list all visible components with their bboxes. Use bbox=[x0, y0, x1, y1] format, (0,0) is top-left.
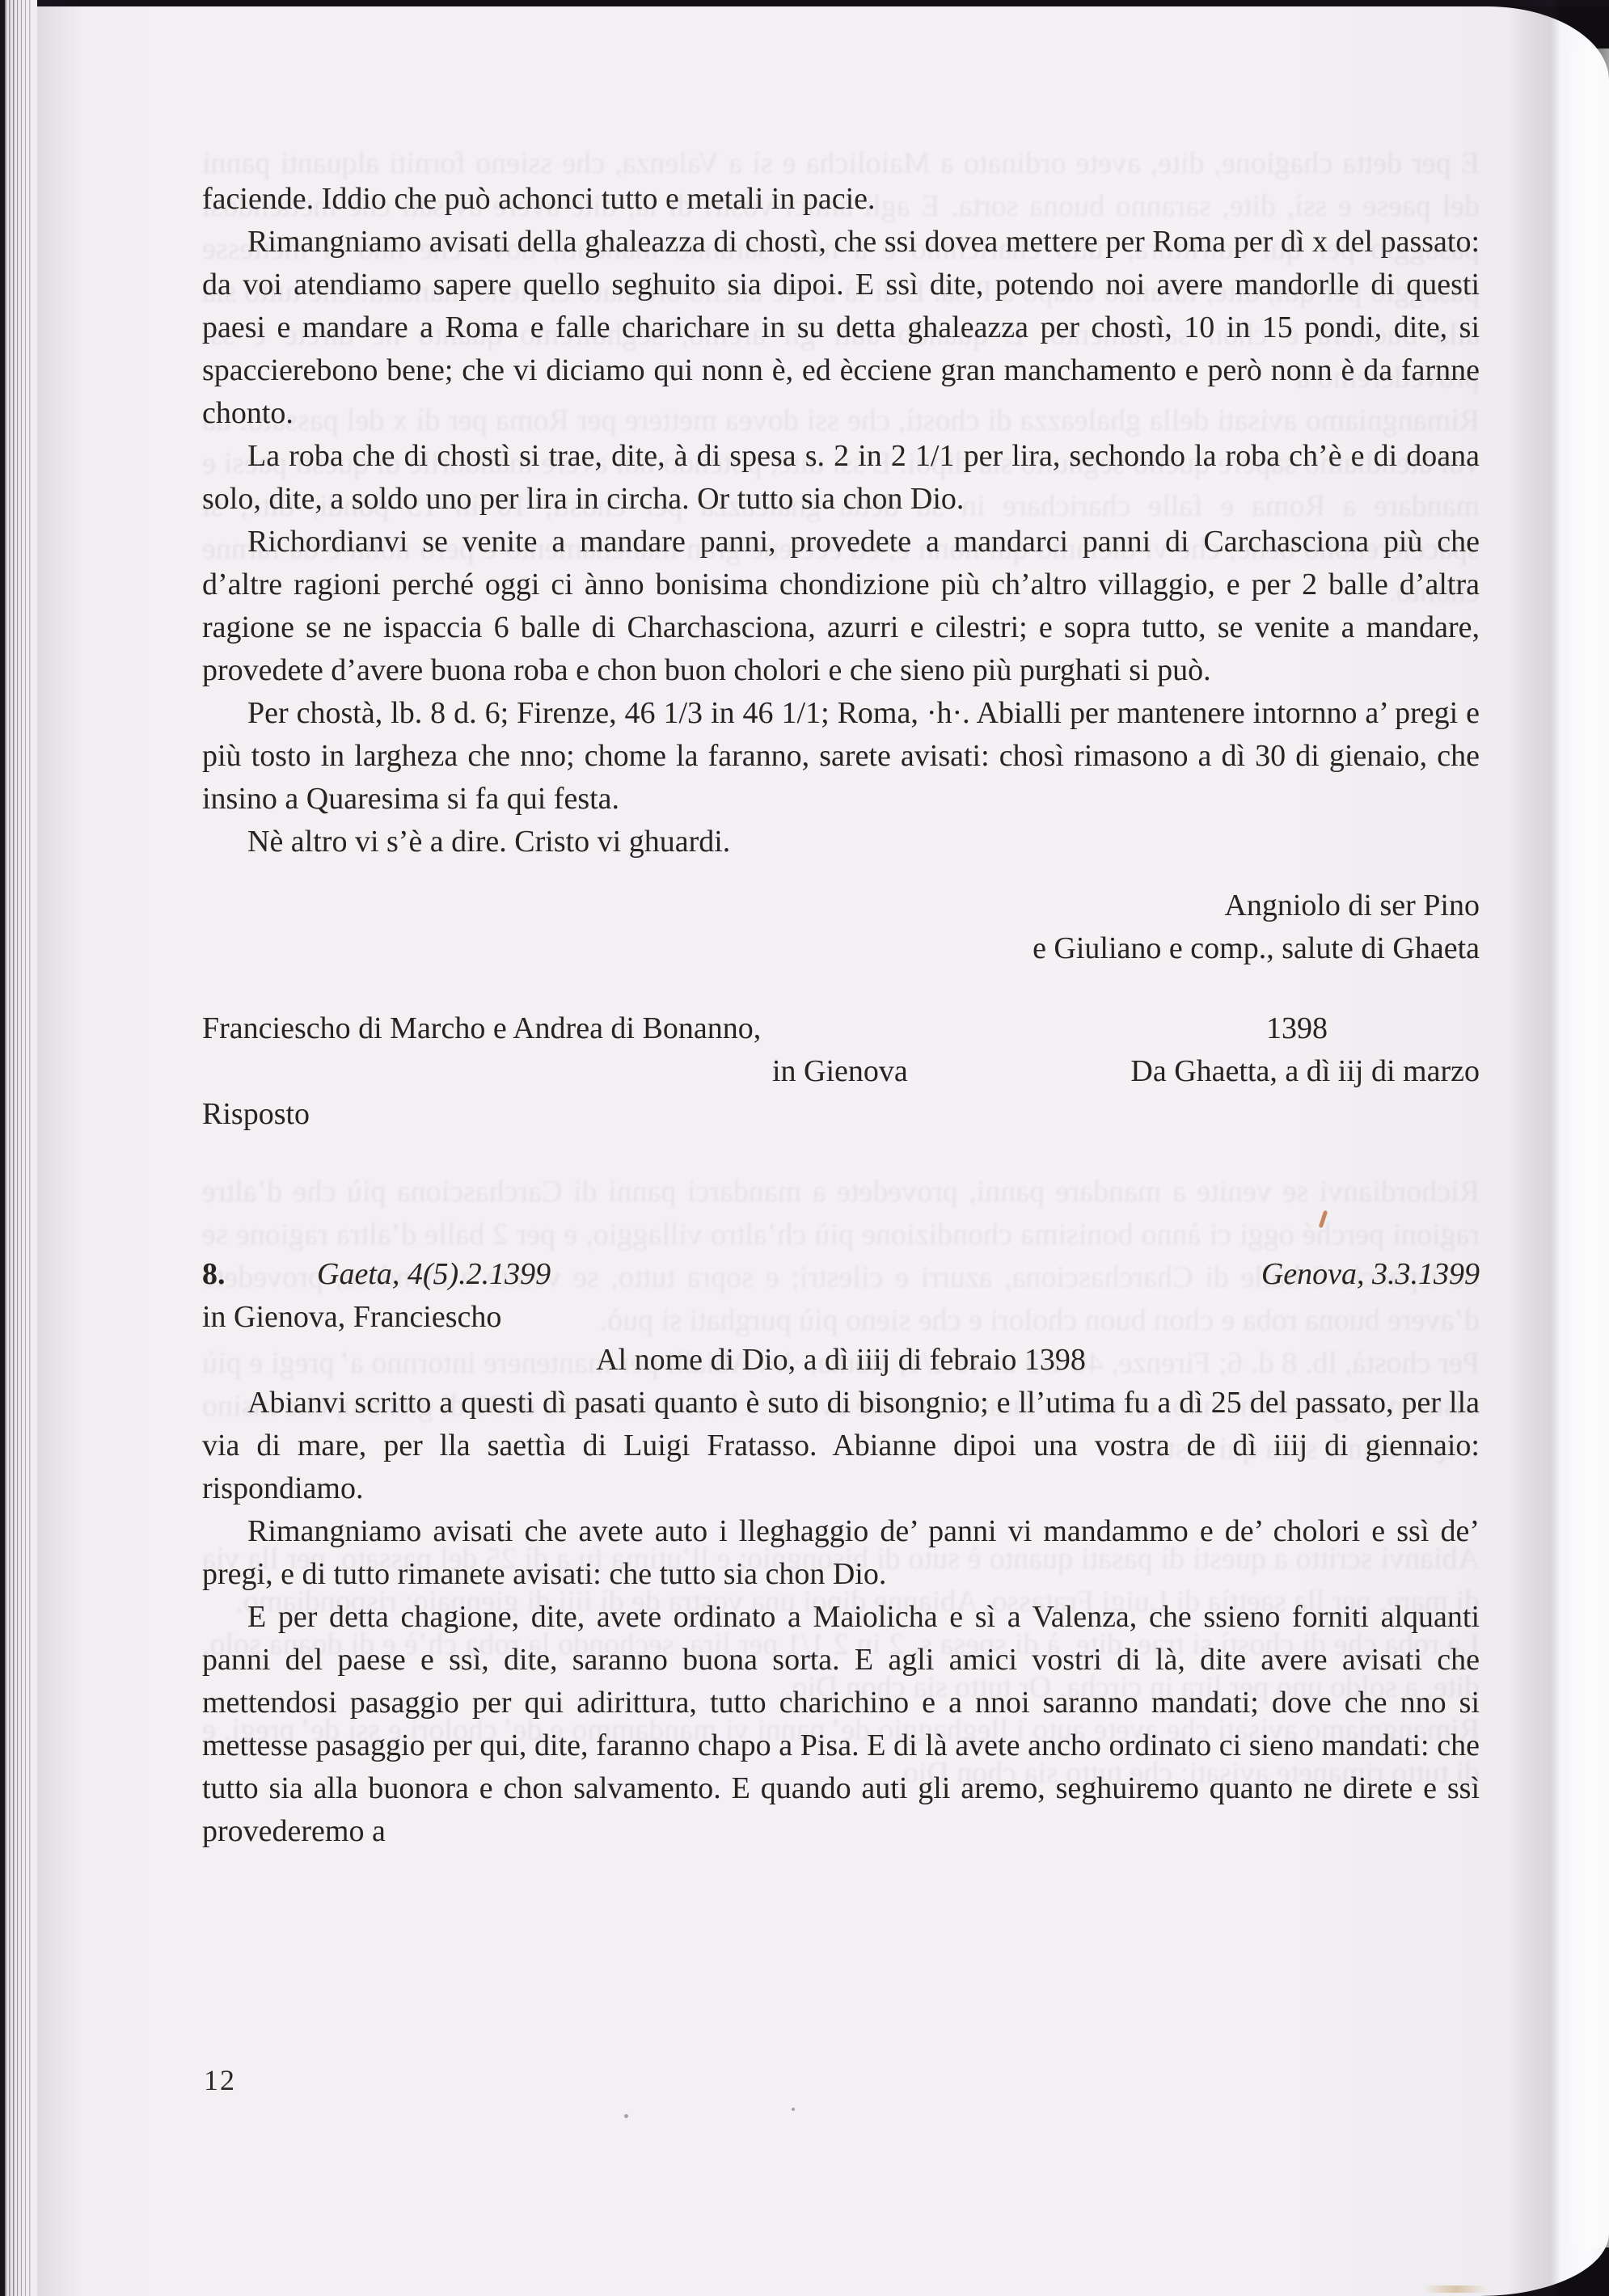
letter8-addressee: in Gienova, Franciescho bbox=[202, 1296, 1480, 1339]
address-recipient: Franciescho di Marcho e Andrea di Bonann… bbox=[202, 1007, 761, 1050]
address-note: Risposto bbox=[202, 1093, 310, 1136]
address-place: in Gienova bbox=[772, 1050, 908, 1093]
gutter-fold-shadow bbox=[1507, 0, 1560, 2296]
binding-shadow bbox=[37, 0, 86, 2296]
next-page-fore-edge bbox=[1562, 49, 1609, 2247]
text-column: faciende. Iddio che può achonci tutto e … bbox=[202, 178, 1480, 1853]
scan-speck bbox=[624, 2114, 628, 2118]
letter7-paragraph: Per chostà, lb. 8 d. 6; Firenze, 46 1/3 … bbox=[202, 692, 1480, 821]
signature-line: e Giuliano e comp., salute di Ghaeta bbox=[202, 927, 1480, 970]
letter8-paragraph: Rimangniamo avisati che avete auto i lle… bbox=[202, 1510, 1480, 1596]
book-top-edge bbox=[37, 0, 1609, 6]
section-heading: 8. Gaeta, 4(5).2.1399 Genova, 3.3.1399 bbox=[202, 1253, 1480, 1296]
address-row: Risposto bbox=[202, 1093, 1480, 1136]
address-row: Franciescho di Marcho e Andrea di Bonann… bbox=[202, 1007, 1480, 1050]
signature-block: Angniolo di ser Pino e Giuliano e comp.,… bbox=[202, 884, 1480, 970]
scan-speck bbox=[792, 2108, 795, 2111]
address-row: in Gienova Da Ghaetta, a dì iij di marzo bbox=[202, 1050, 1480, 1093]
letter7-paragraph: Richordianvi se venite a mandare panni, … bbox=[202, 521, 1480, 692]
letter8-dateline: Al nome di Dio, a dì iiij di febraio 139… bbox=[202, 1339, 1480, 1382]
address-block: Franciescho di Marcho e Andrea di Bonann… bbox=[202, 1007, 1480, 1136]
heading-destination-date: Genova, 3.3.1399 bbox=[1261, 1253, 1480, 1296]
page-number: 12 bbox=[204, 2063, 236, 2097]
letter7-paragraph: La roba che di chostì si trae, dite, à d… bbox=[202, 435, 1480, 521]
letter7-paragraph: Nè altro vi s’è a dire. Cristo vi ghuard… bbox=[202, 821, 1480, 863]
bottom-edge-tint bbox=[1423, 2285, 1488, 2293]
binding-page-edges bbox=[0, 0, 37, 2296]
letter7-paragraph: Rimangniamo avisati della ghaleazza di c… bbox=[202, 221, 1480, 435]
address-origin: Da Ghaetta, a dì iij di marzo bbox=[1130, 1050, 1480, 1093]
letter8-paragraph: Abianvi scritto a questi dì pasati quant… bbox=[202, 1382, 1480, 1510]
letter8-paragraph: E per detta chagione, dite, avete ordina… bbox=[202, 1596, 1480, 1853]
address-year: 1398 bbox=[1266, 1007, 1480, 1050]
book-page-scan: E per detta chagione, dite, avete ordina… bbox=[0, 0, 1609, 2296]
signature-line: Angniolo di ser Pino bbox=[202, 884, 1480, 927]
heading-origin-date: Gaeta, 4(5).2.1399 bbox=[317, 1253, 551, 1296]
letter7-paragraph-continuation: faciende. Iddio che può achonci tutto e … bbox=[202, 178, 1480, 221]
letter-number: 8. bbox=[202, 1253, 317, 1296]
